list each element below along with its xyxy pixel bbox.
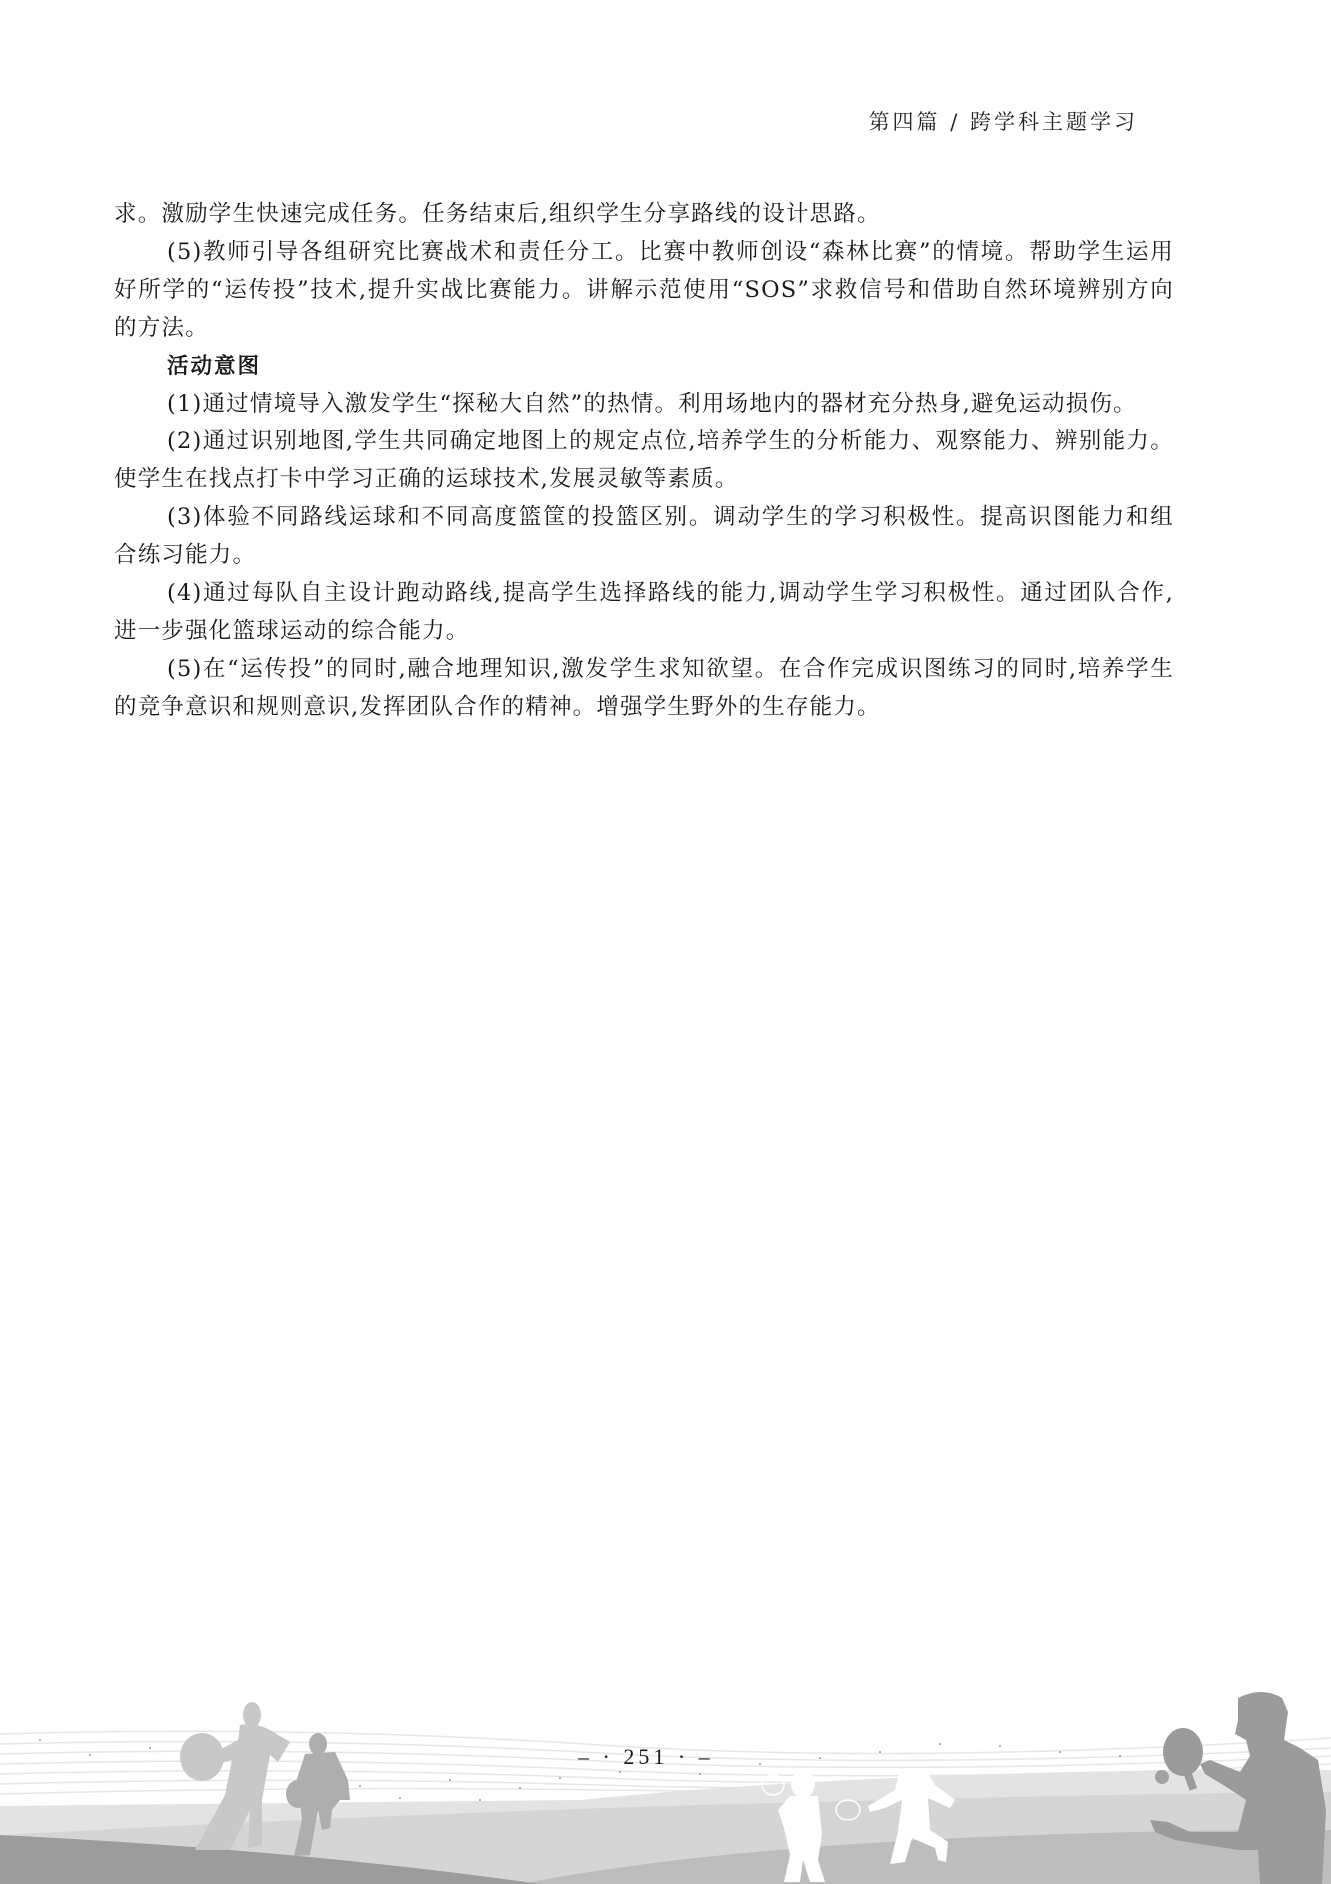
paragraph-step-5: (5)教师引导各组研究比赛战术和责任分工。比赛中教师创设“森林比赛”的情境。帮助… — [114, 234, 1174, 348]
section-heading-activity-intent: 活动意图 — [114, 348, 1174, 386]
intent-item-1: (1)通过情境导入激发学生“探秘大自然”的热情。利用场地内的器材充分热身,避免运… — [114, 386, 1174, 424]
intent-item-3: (3)体验不同路线运球和不同高度篮筐的投篮区别。调动学生的学习积极性。提高识图能… — [114, 499, 1174, 575]
sports-silhouettes-illustration — [0, 1660, 1331, 1884]
paragraph-continuation: 求。激励学生快速完成任务。任务结束后,组织学生分享路线的设计思路。 — [114, 196, 1174, 234]
page-body: 求。激励学生快速完成任务。任务结束后,组织学生分享路线的设计思路。 (5)教师引… — [114, 196, 1174, 727]
intent-item-5: (5)在“运传投”的同时,融合地理知识,激发学生求知欲望。在合作完成识图练习的同… — [114, 651, 1174, 727]
page-number: – · 251 · – — [578, 1744, 714, 1770]
intent-item-4: (4)通过每队自主设计跑动路线,提高学生选择路线的能力,调动学生学习积极性。通过… — [114, 575, 1174, 651]
footer-decoration — [0, 1660, 1331, 1884]
intent-item-2: (2)通过识别地图,学生共同确定地图上的规定点位,培养学生的分析能力、观察能力、… — [114, 423, 1174, 499]
running-header: 第四篇 / 跨学科主题学习 — [869, 106, 1138, 136]
